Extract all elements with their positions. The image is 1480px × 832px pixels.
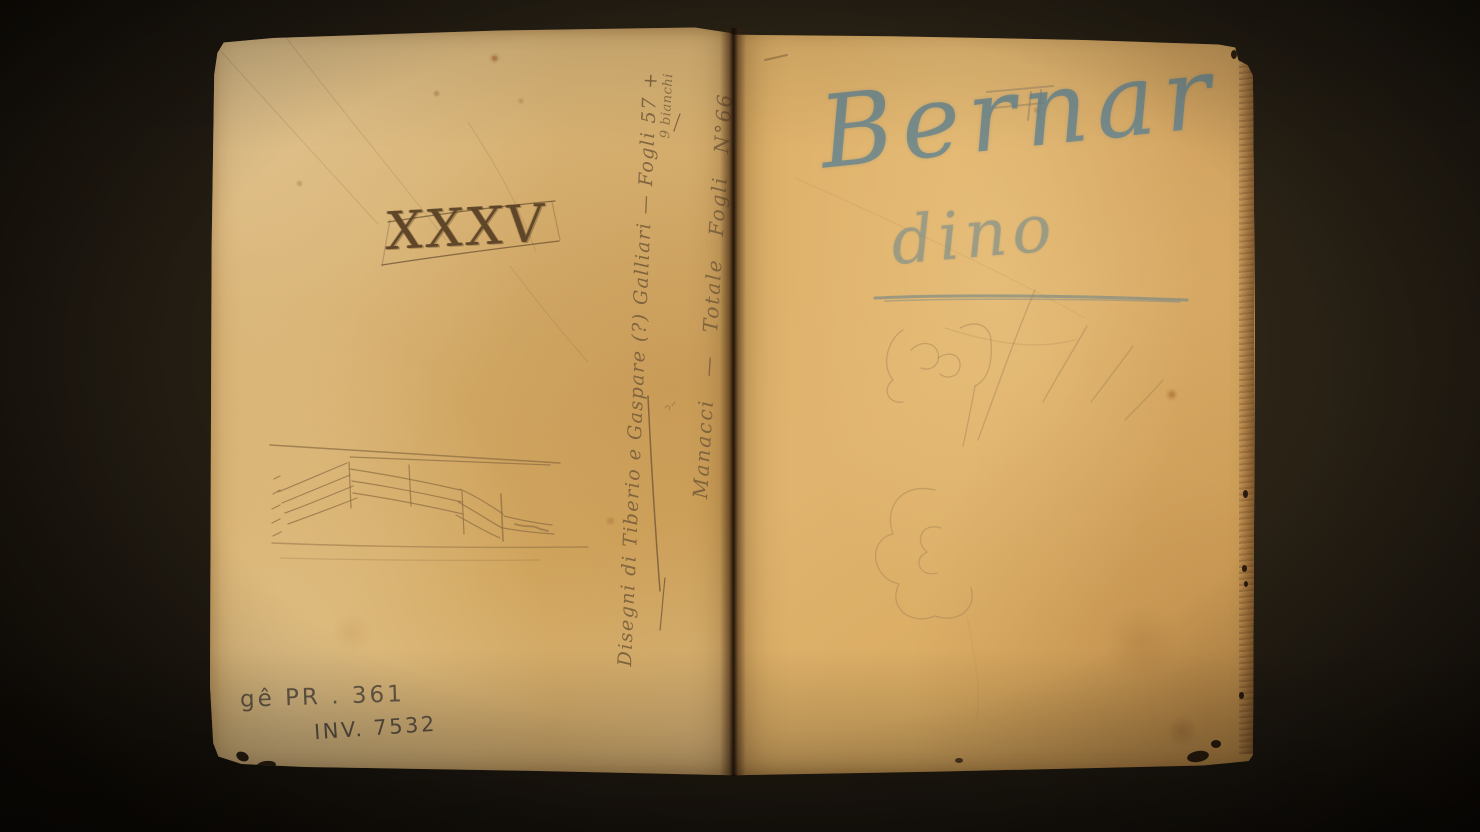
fore-edge-page-stack	[1239, 42, 1254, 754]
figure-study-sketch	[876, 290, 1163, 718]
right-page: Bernar dino	[735, 28, 1255, 776]
wormhole-speck	[1243, 490, 1248, 498]
ink-stain	[1211, 740, 1221, 748]
spine-gutter-shadow	[720, 28, 746, 776]
left-page: XXXV Disegni di Tiberio e Gaspare (?) Ga…	[210, 26, 737, 776]
fortification-sketch	[270, 445, 588, 560]
photo-backdrop: XXXV Disegni di Tiberio e Gaspare (?) Ga…	[0, 0, 1480, 832]
folio-numeral: XXXV	[385, 192, 548, 265]
wormhole-speck	[1242, 565, 1247, 572]
wormhole-speck	[1231, 50, 1237, 59]
owner-inscription-line2: dino	[888, 189, 1060, 280]
wormhole-speck	[1244, 581, 1248, 587]
wormhole-speck	[1239, 692, 1244, 699]
ink-stain	[955, 758, 963, 763]
